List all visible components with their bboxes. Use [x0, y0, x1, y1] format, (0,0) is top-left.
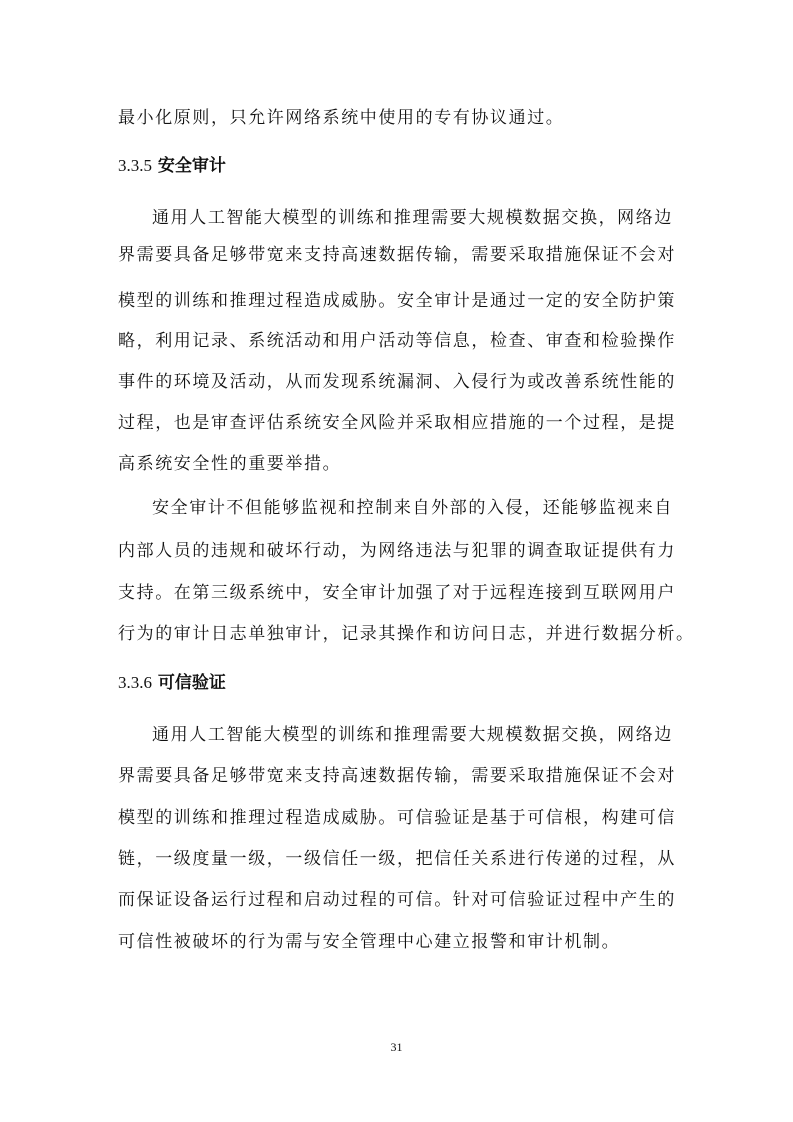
body-text-line: 事件的环境及活动，从而发现系统漏洞、入侵行为或改善系统性能的: [118, 372, 674, 392]
body-text-line: 模型的训练和推理过程造成威胁。安全审计是通过一定的安全防护策: [118, 291, 674, 311]
body-text-line: 支持。在第三级系统中，安全审计加强了对于远程连接到互联网用户: [118, 583, 674, 603]
body-text-line: 链，一级度量一级，一级信任一级，把信任关系进行传递的过程，从: [118, 849, 674, 869]
body-text-line: 界需要具备足够带宽来支持高速数据传输，需要采取措施保证不会对: [118, 245, 674, 265]
section-title: 可信验证: [158, 673, 226, 693]
body-text-line: 通用人工智能大模型的训练和推理需要大规模数据交换，网络边: [152, 208, 673, 228]
section-number: 3.3.5: [118, 156, 152, 175]
section-heading-3-3-5: 3.3.5 安全审计: [118, 156, 226, 176]
body-text-line: 过程，也是审查评估系统安全风险并采取相应措施的一个过程，是提: [118, 413, 674, 433]
body-text-line: 略，利用记录、系统活动和用户活动等信息，检查、审查和检验操作: [118, 331, 674, 351]
body-text-line: 通用人工智能大模型的训练和推理需要大规模数据交换，网络边: [152, 725, 673, 745]
page-number: 31: [0, 1040, 793, 1055]
body-text-line: 而保证设备运行过程和启动过程的可信。针对可信验证过程中产生的: [118, 890, 674, 910]
body-text-line: 行为的审计日志单独审计，记录其操作和访问日志，并进行数据分析。: [118, 624, 674, 644]
body-text-line: 内部人员的违规和破坏行动，为网络违法与犯罪的调查取证提供有力: [118, 541, 674, 561]
body-text-line: 界需要具备足够带宽来支持高速数据传输，需要采取措施保证不会对: [118, 766, 674, 786]
body-text-line: 最小化原则，只允许网络系统中使用的专有协议通过。: [118, 108, 674, 128]
body-text-line: 可信性被破坏的行为需与安全管理中心建立报警和审计机制。: [118, 932, 674, 952]
section-title: 安全审计: [158, 156, 226, 176]
section-number: 3.3.6: [118, 673, 152, 692]
body-text-line: 高系统安全性的重要举措。: [118, 454, 674, 474]
body-text-line: 安全审计不但能够监视和控制来自外部的入侵，还能够监视来自: [152, 498, 673, 518]
body-text-line: 模型的训练和推理过程造成威胁。可信验证是基于可信根，构建可信: [118, 808, 674, 828]
section-heading-3-3-6: 3.3.6 可信验证: [118, 673, 226, 693]
